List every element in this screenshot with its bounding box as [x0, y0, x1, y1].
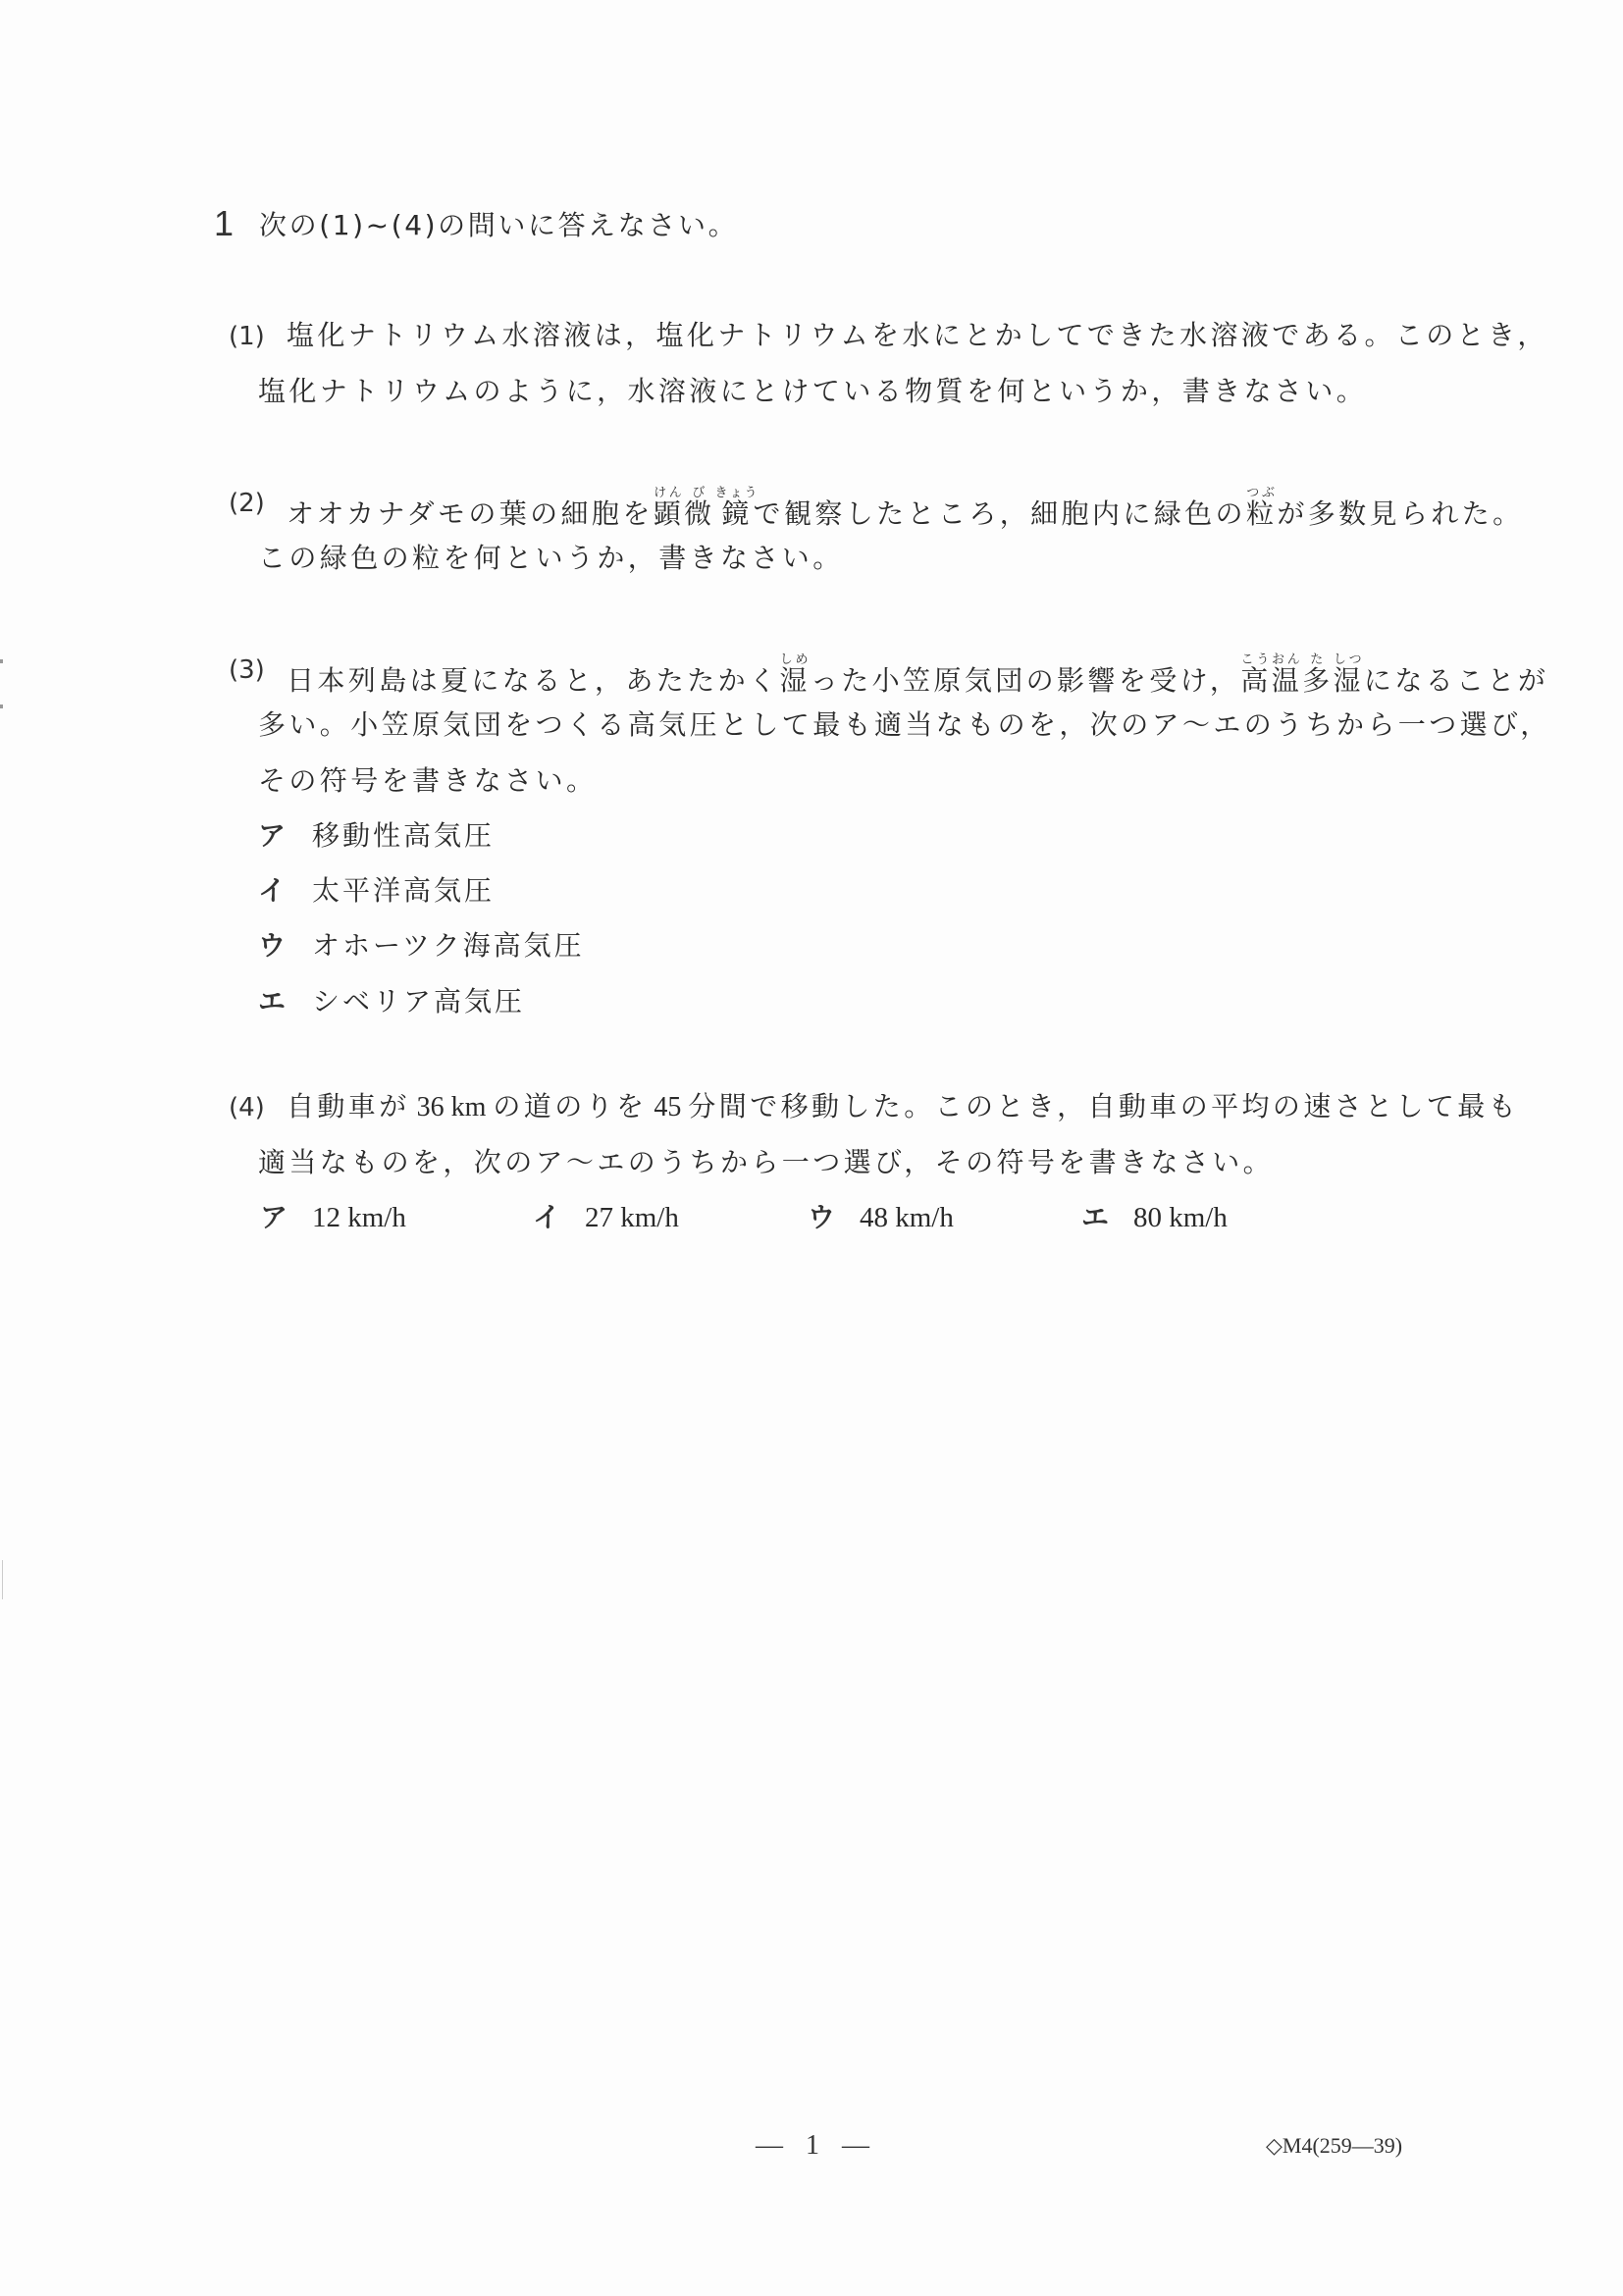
ruby-kyou: 鏡きょう — [715, 497, 754, 530]
question-4-line-1: 自動車が 36 km の道のりを 45 分間で移動した。このとき，自動車の平均の… — [287, 1090, 1519, 1124]
q4-distance: 36 km — [410, 1092, 494, 1122]
choice-label-e: エ — [1081, 1201, 1109, 1234]
choice-text-e: 80 km/h — [1133, 1201, 1228, 1234]
choice-label-a: ア — [258, 819, 286, 853]
question-3-label: (3) — [229, 653, 265, 687]
ruby-on: 温おん — [1272, 664, 1302, 697]
choice-text-e: シベリア高気圧 — [312, 985, 525, 1018]
question-4-label: (4) — [229, 1091, 265, 1124]
scan-mark — [0, 659, 3, 663]
question-3-line-3: その符号を書きなさい。 — [258, 764, 597, 798]
scan-mark — [0, 704, 3, 708]
ruby-shitsu: 湿しつ — [1334, 664, 1364, 697]
question-1-label: (1) — [229, 320, 265, 353]
question-2-line-2: この緑色の粒を何というか，書きなさい。 — [258, 542, 844, 575]
q2-text-middle: で観察したところ，細胞内に緑色の — [754, 497, 1246, 530]
ruby-ta: 多た — [1302, 664, 1333, 697]
choice-text-u: 48 km/h — [860, 1201, 954, 1234]
q4-text-a: 自動車が — [287, 1090, 410, 1122]
ruby-ken: 顕けん — [654, 497, 684, 530]
q3-text-after: になることが — [1364, 664, 1548, 697]
q4-minutes: 45 — [647, 1092, 688, 1122]
exam-code: ◇M4(259—39) — [1266, 2131, 1402, 2161]
question-1-line-2: 塩化ナトリウムのように，水溶液にとけている物質を何というか，書きなさい。 — [258, 375, 1367, 408]
page-number: — 1 — — [756, 2129, 877, 2163]
choice-label-u: ウ — [808, 1201, 835, 1234]
choice-label-i: イ — [533, 1201, 560, 1234]
scan-mark — [2, 1560, 3, 1599]
choice-label-e: エ — [258, 985, 286, 1018]
q2-text-before: オオカナダモの葉の細胞を — [287, 497, 654, 530]
choice-label-u: ウ — [258, 929, 286, 963]
question-3-line-2: 多い。小笠原気団をつくる高気圧として最も適当なものを，次のア～エのうちから一つ選… — [258, 708, 1551, 742]
exam-page: 1 次の(1)~(4)の問いに答えなさい。 (1) 塩化ナトリウム水溶液は，塩化… — [0, 0, 1623, 2296]
choice-text-a: 12 km/h — [312, 1201, 406, 1234]
choice-text-i: 27 km/h — [585, 1201, 679, 1234]
ruby-tsubu: 粒つぶ — [1246, 497, 1277, 530]
ruby-shime: 湿しめ — [779, 664, 810, 697]
q4-text-c: 分間で移動した。このとき，自動車の平均の速さとして最も — [688, 1090, 1519, 1122]
q3-text-before: 日本列島は夏になると，あたたかく — [287, 664, 779, 697]
question-1-line-1: 塩化ナトリウム水溶液は，塩化ナトリウムを水にとかしてできた水溶液である。このとき… — [287, 319, 1548, 352]
question-4-line-2: 適当なものを，次のア～エのうちから一つ選び，その符号を書きなさい。 — [258, 1146, 1274, 1179]
choice-text-a: 移動性高気圧 — [312, 819, 495, 853]
q3-text-middle: った小笠原気団の影響を受け， — [811, 664, 1240, 697]
choice-text-i: 太平洋高気圧 — [312, 874, 495, 908]
choice-label-a: ア — [260, 1201, 288, 1234]
choice-label-i: イ — [258, 874, 286, 908]
q4-text-b: の道のりを — [493, 1090, 647, 1122]
ruby-bi: 微び — [684, 497, 714, 530]
ruby-kou: 高こう — [1240, 664, 1271, 697]
section-instruction: 次の(1)~(4)の問いに答えなさい。 — [259, 209, 738, 242]
choice-text-u: オホーツク海高気圧 — [312, 929, 585, 963]
question-3-line-1: 日本列島は夏になると，あたたかく湿しめった小笠原気団の影響を受け，高こう温おん多… — [287, 652, 1548, 698]
question-2-line-1: オオカナダモの葉の細胞を顕けん微び鏡きょうで観察したところ，細胞内に緑色の粒つぶ… — [287, 486, 1524, 531]
section-number: 1 — [214, 204, 234, 243]
question-2-label: (2) — [229, 487, 265, 520]
q2-text-after: が多数見られた。 — [1277, 497, 1523, 530]
